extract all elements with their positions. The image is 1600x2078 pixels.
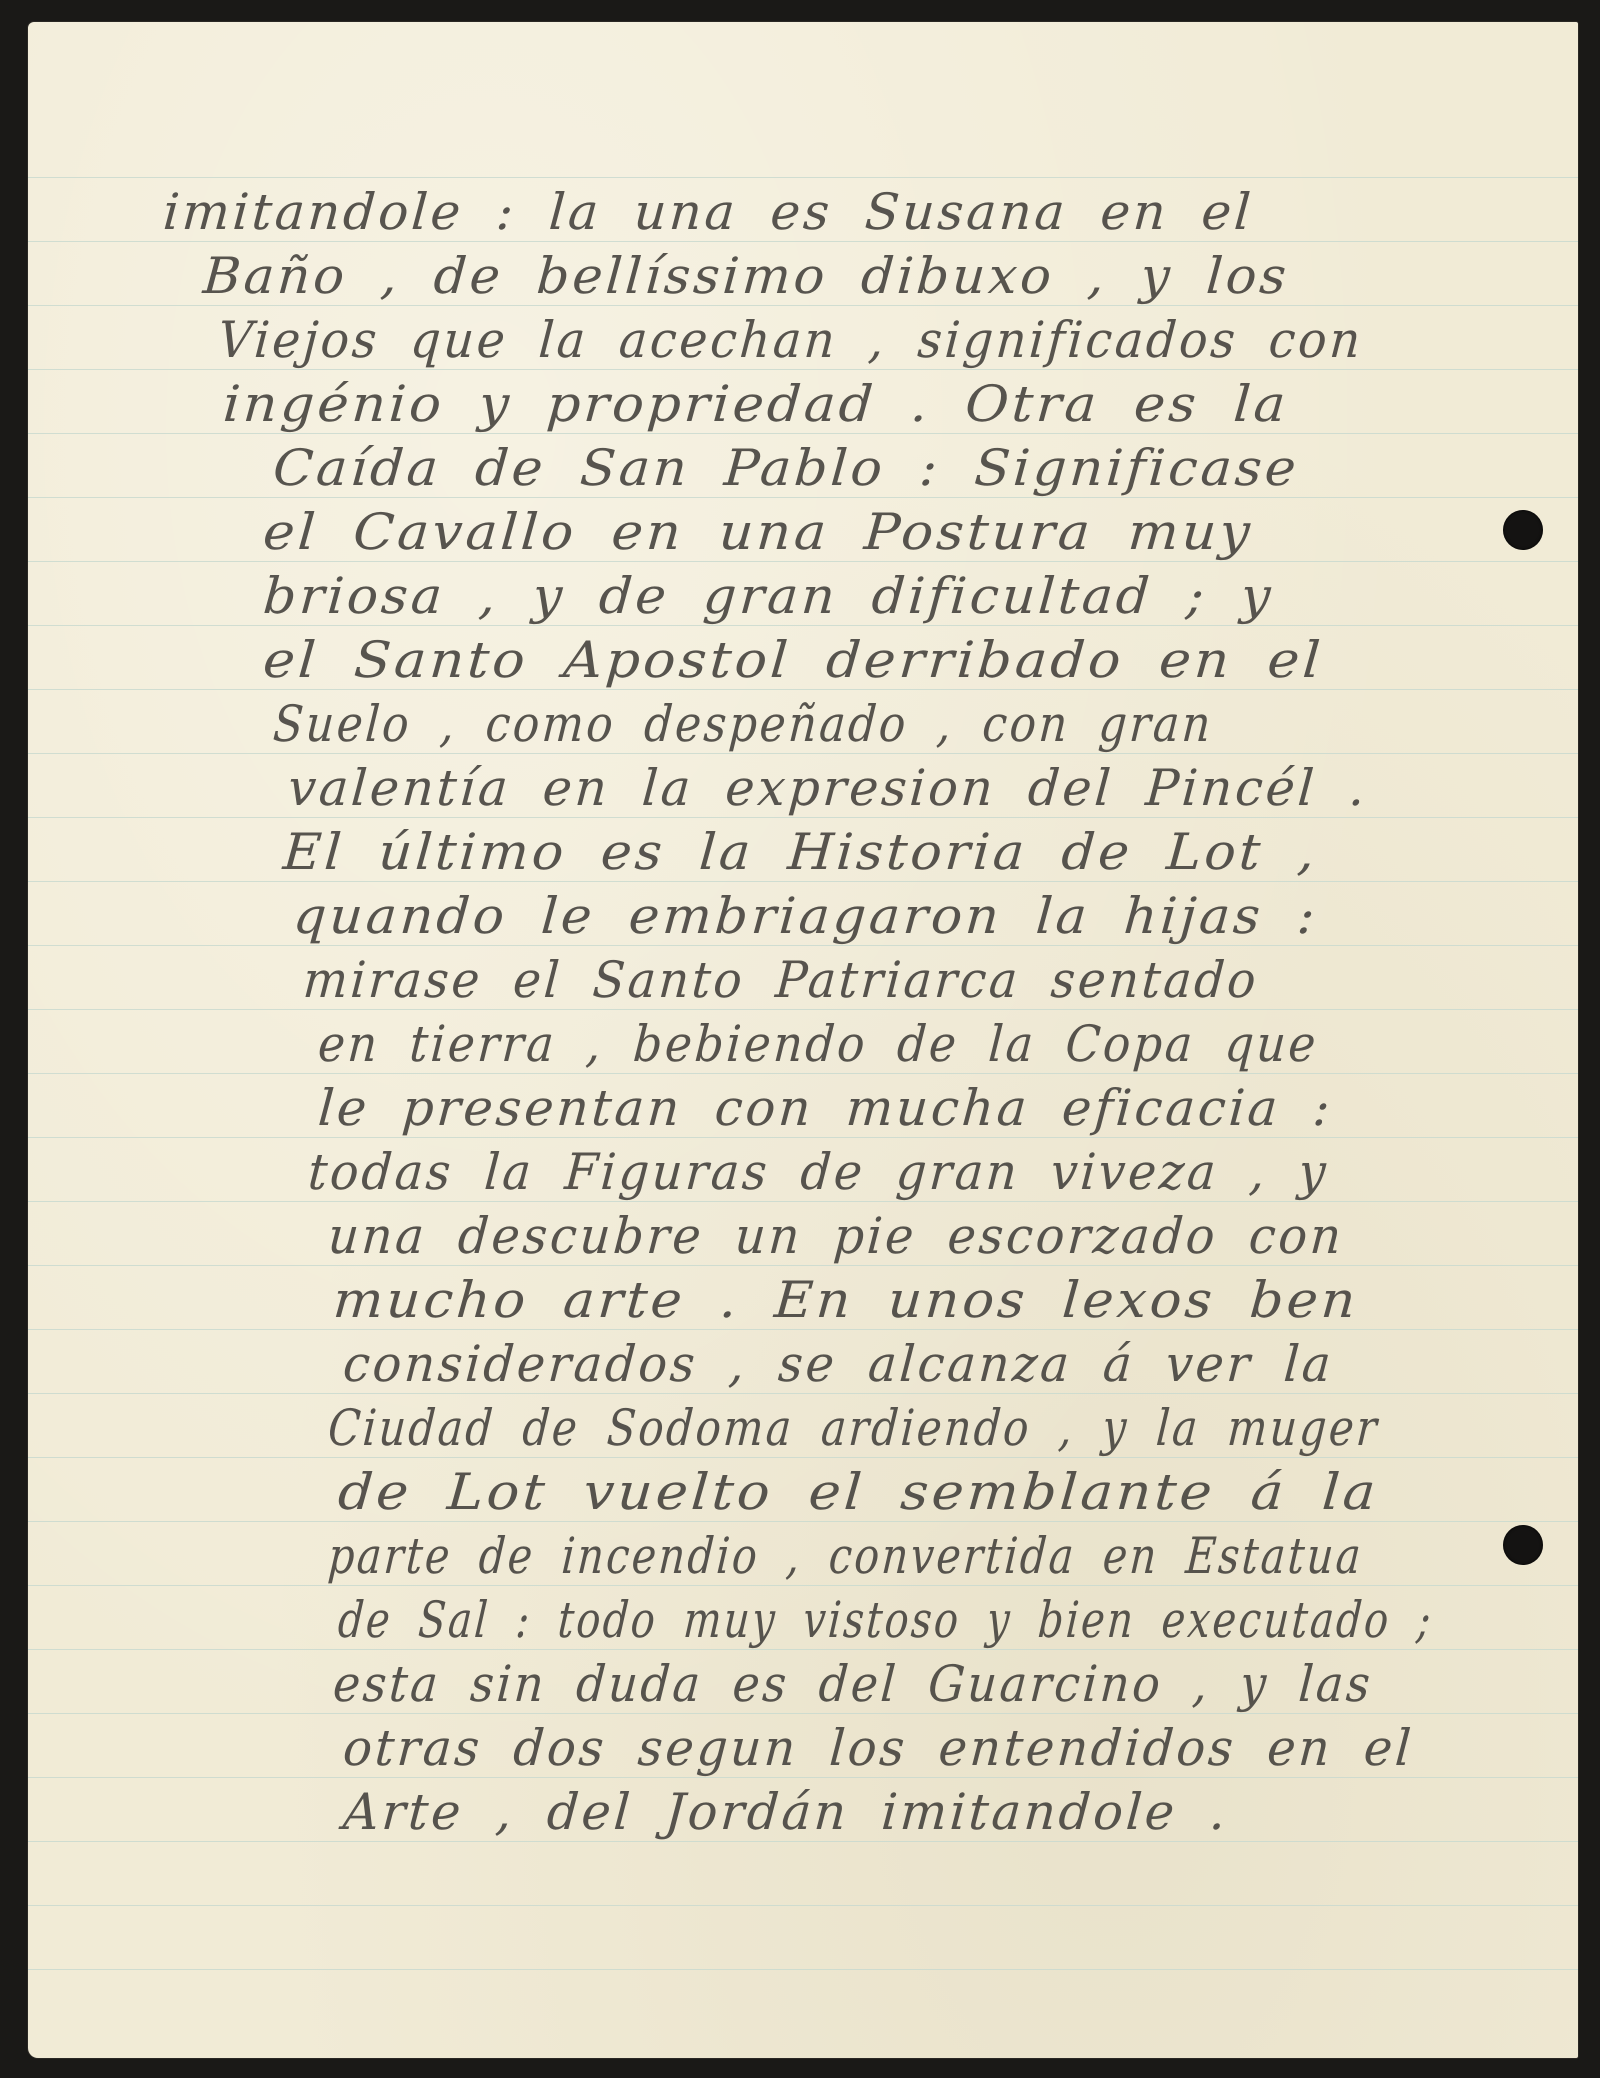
manuscript-line: mirase el Santo Patriarca sentado — [302, 955, 1261, 1005]
ruled-line — [28, 1009, 1578, 1010]
ruled-line — [28, 1841, 1578, 1842]
manuscript-line: el Santo Apostol derribado en el — [262, 635, 1326, 685]
ruled-line — [28, 433, 1578, 434]
manuscript-line: Baño , de bellíssimo dibuxo , y los — [202, 251, 1291, 301]
manuscript-line: parte de incendio , convertida en Estatu… — [327, 1531, 1365, 1581]
manuscript-line: imitandole : la una es Susana en el — [162, 187, 1256, 237]
ruled-line — [28, 1713, 1578, 1714]
ruled-line — [28, 753, 1578, 754]
ruled-line — [28, 1457, 1578, 1458]
ruled-line — [28, 1521, 1578, 1522]
manuscript-line: quando le embriagaron la hijas : — [292, 891, 1320, 941]
manuscript-line: de Lot vuelto el semblante á la — [337, 1467, 1381, 1517]
manuscript-line: Ciudad de Sodoma ardiendo , y la muger — [327, 1403, 1381, 1453]
manuscript-line: briosa , y de gran dificultad ; y — [262, 571, 1276, 621]
manuscript-line: una descubre un pie escorzado con — [327, 1211, 1346, 1261]
ruled-line — [28, 497, 1578, 498]
ruled-line — [28, 305, 1578, 306]
manuscript-line: Caída de San Pablo : Significase — [272, 443, 1301, 493]
ruled-line — [28, 1969, 1578, 1970]
manuscript-line: El último es la Historia de Lot , — [282, 827, 1320, 877]
manuscript-line: Arte , del Jordán imitandole . — [342, 1787, 1231, 1837]
manuscript-line: otras dos segun los entendidos en el — [342, 1723, 1416, 1773]
manuscript-line: esta sin duda es del Guarcino , y las — [332, 1659, 1375, 1709]
manuscript-line: de Sal : todo muy vistoso y bien executa… — [337, 1595, 1435, 1645]
ruled-line — [28, 1905, 1578, 1906]
ruled-line — [28, 1585, 1578, 1586]
manuscript-line: le presentan con mucha eficacia : — [317, 1083, 1335, 1133]
ruled-line — [28, 561, 1578, 562]
ruled-line — [28, 1137, 1578, 1138]
manuscript-line: todas la Figuras de gran viveza , y — [307, 1147, 1331, 1197]
punch-hole — [1503, 510, 1543, 550]
manuscript-line: Viejos que la acechan , significados con — [217, 315, 1365, 365]
ruled-line — [28, 1073, 1578, 1074]
ruled-line — [28, 369, 1578, 370]
manuscript-page: imitandole : la una es Susana en el Baño… — [28, 22, 1578, 2058]
ruled-line — [28, 881, 1578, 882]
manuscript-line: mucho arte . En unos lexos ben — [332, 1275, 1361, 1325]
ruled-line — [28, 241, 1578, 242]
ruled-line — [28, 817, 1578, 818]
ruled-line — [28, 1777, 1578, 1778]
manuscript-line: ingénio y propriedad . Otra es la — [222, 379, 1291, 429]
manuscript-line: considerados , se alcanza á ver la — [342, 1339, 1336, 1389]
ruled-line — [28, 1329, 1578, 1330]
ruled-line — [28, 1201, 1578, 1202]
ruled-line — [28, 1393, 1578, 1394]
punch-hole — [1503, 1525, 1543, 1565]
manuscript-line: en tierra , bebiendo de la Copa que — [317, 1019, 1320, 1069]
ruled-line — [28, 1649, 1578, 1650]
manuscript-line: el Cavallo en una Postura muy — [262, 507, 1255, 557]
ruled-line — [28, 1265, 1578, 1266]
ruled-line — [28, 177, 1578, 178]
manuscript-line: valentía en la expresion del Pincél . — [287, 763, 1370, 813]
ruled-line — [28, 945, 1578, 946]
ruled-line — [28, 689, 1578, 690]
ruled-line — [28, 625, 1578, 626]
manuscript-line: Suelo , como despeñado , con gran — [272, 699, 1215, 749]
